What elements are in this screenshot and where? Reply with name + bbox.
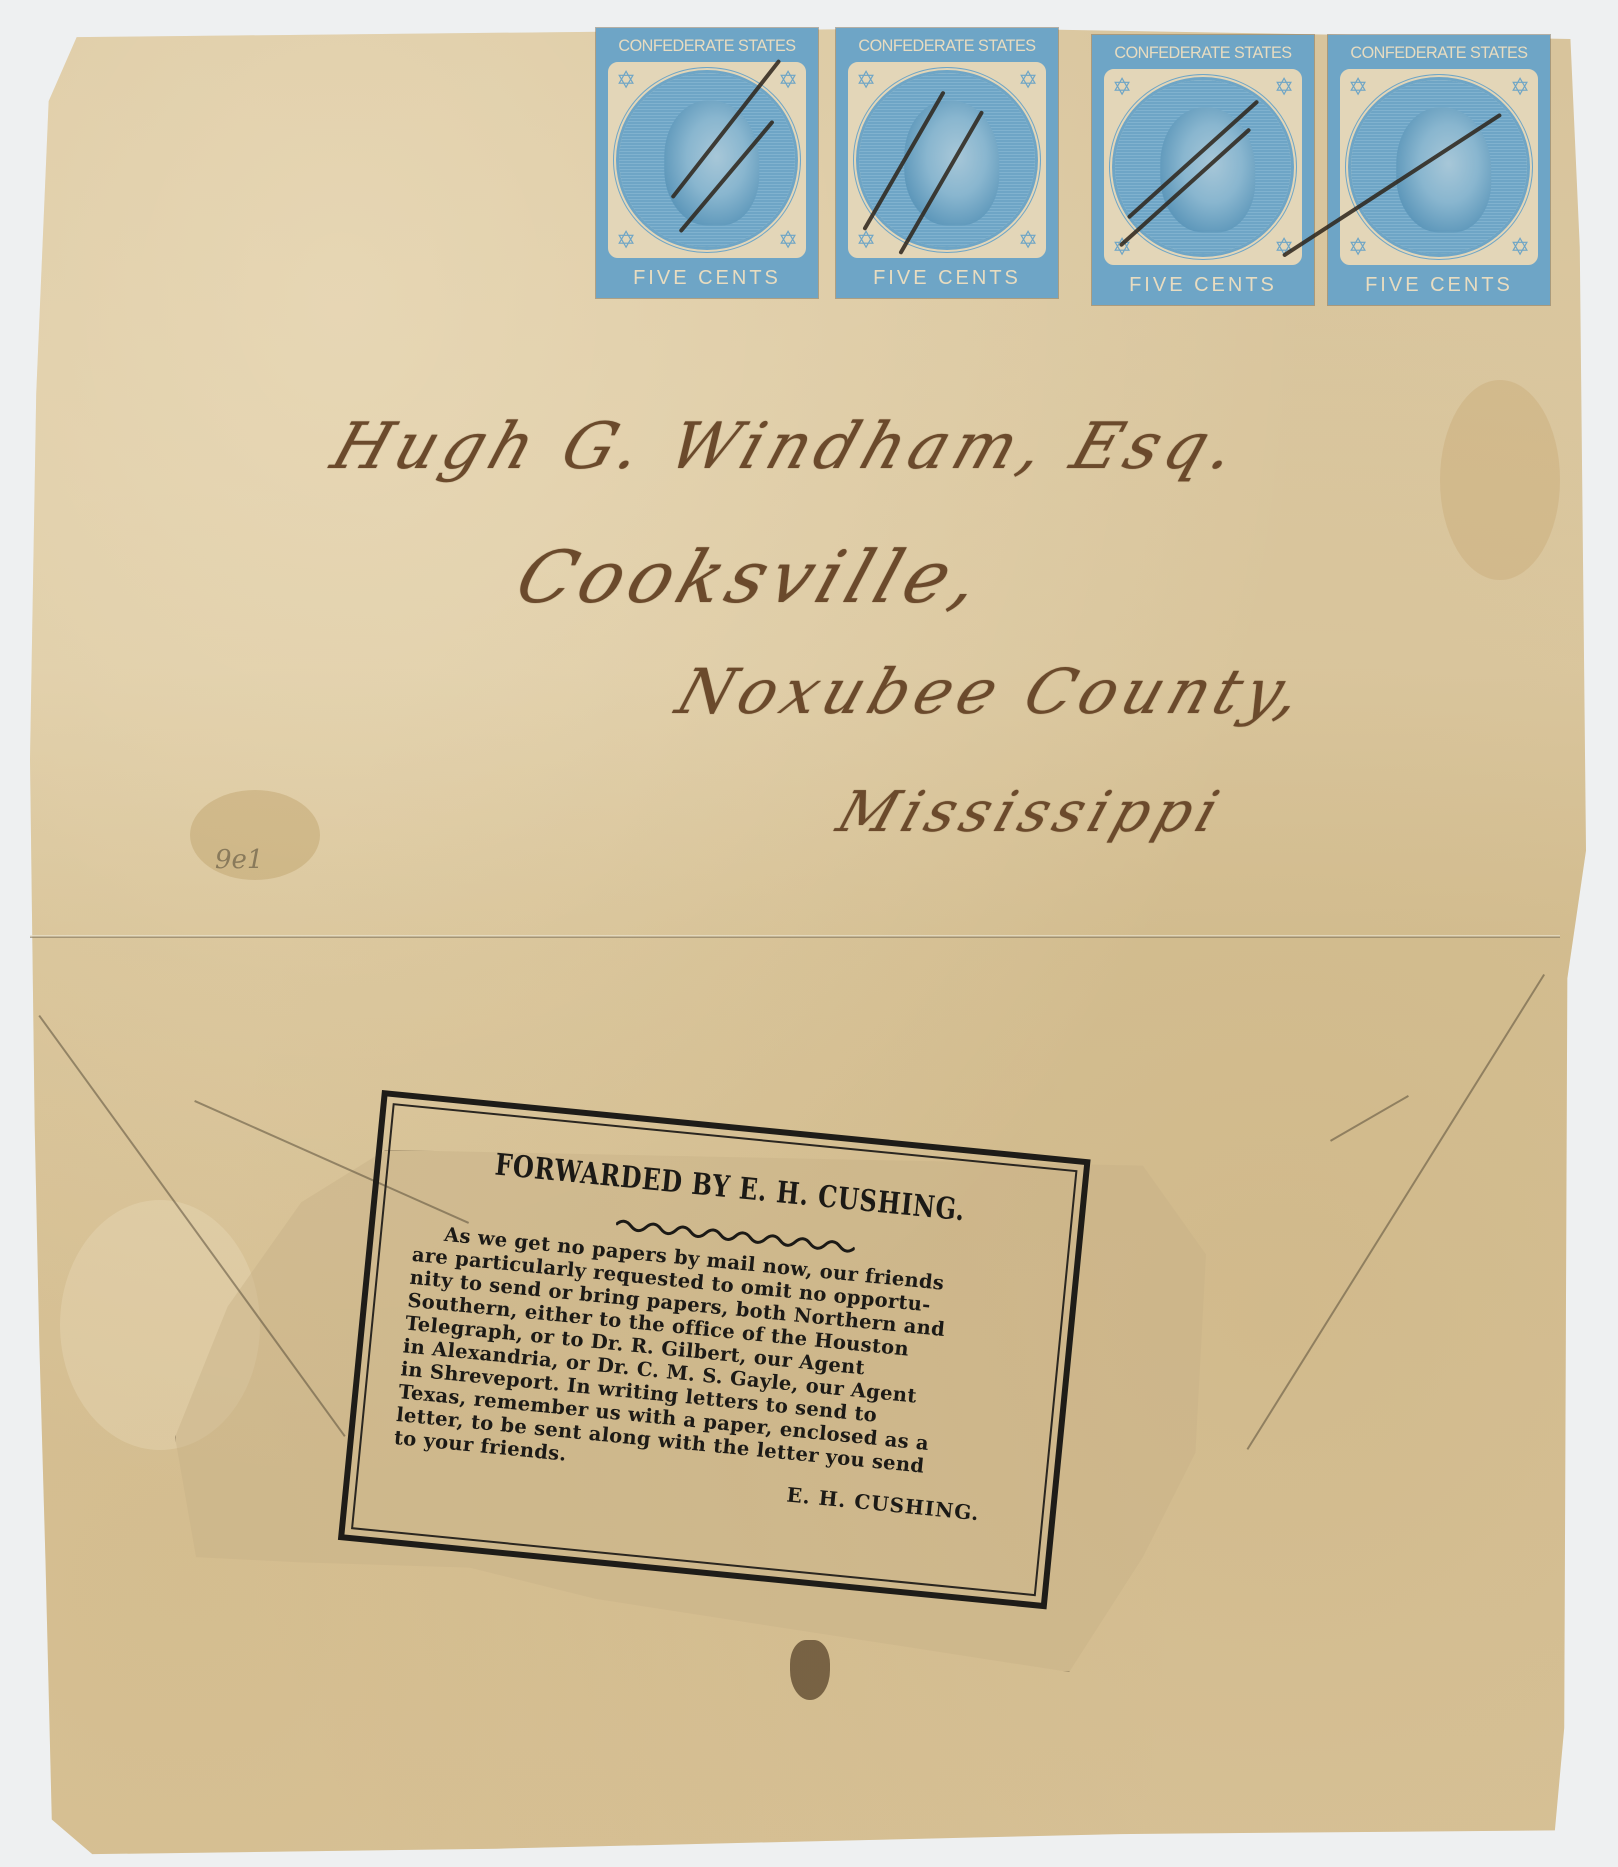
portrait <box>1160 108 1255 233</box>
stamp-top-text: CONFEDERATE STATES <box>1334 43 1545 63</box>
address-recipient: Hugh G. Windham, Esq. <box>323 410 1251 484</box>
label-body: As we get no papers by mail now, our fri… <box>393 1220 1028 1509</box>
label-title: FORWARDED BY E. H. CUSHING. <box>450 1143 1011 1232</box>
star-icon: ✡ <box>775 67 801 93</box>
star-icon: ✡ <box>1015 227 1041 253</box>
pencil-notation: 9e1 <box>215 845 263 875</box>
address-town: Cooksville, <box>506 535 997 619</box>
stamp-bottom-text: FIVE CENTS <box>836 267 1058 290</box>
stamp-frame: ✡ ✡ ✡ ✡ <box>608 62 806 258</box>
stamp-frame: ✡ ✡ ✡ ✡ <box>1340 69 1538 265</box>
stamp-oval <box>619 73 795 247</box>
stamp-4: CONFEDERATE STATES ✡ ✡ ✡ ✡ FIVE CENTS <box>1328 35 1550 305</box>
star-icon: ✡ <box>853 67 879 93</box>
star-icon: ✡ <box>1015 67 1041 93</box>
stain <box>1440 380 1560 580</box>
address-state: Mississippi <box>829 780 1232 845</box>
star-icon: ✡ <box>1109 74 1135 100</box>
stamp-bottom-text: FIVE CENTS <box>1328 274 1550 297</box>
stamp-oval <box>1351 80 1527 254</box>
star-icon: ✡ <box>1345 74 1371 100</box>
star-icon: ✡ <box>1345 234 1371 260</box>
stamp-top-text: CONFEDERATE STATES <box>602 36 813 56</box>
star-icon: ✡ <box>1507 74 1533 100</box>
stamp-oval <box>859 73 1035 247</box>
ink-drip <box>790 1640 830 1700</box>
stamp-bottom-text: FIVE CENTS <box>596 267 818 290</box>
star-icon: ✡ <box>775 227 801 253</box>
stamp-frame: ✡ ✡ ✡ ✡ <box>848 62 1046 258</box>
stamp-2: CONFEDERATE STATES ✡ ✡ ✡ ✡ FIVE CENTS <box>836 28 1058 298</box>
address-county: Noxubee County, <box>668 655 1317 728</box>
stamp-top-text: CONFEDERATE STATES <box>1098 43 1309 63</box>
star-icon: ✡ <box>1271 74 1297 100</box>
stamp-bottom-text: FIVE CENTS <box>1092 274 1314 297</box>
fold-line <box>30 935 1560 938</box>
forwarding-label: FORWARDED BY E. H. CUSHING. As we get no… <box>338 1090 1091 1609</box>
star-icon: ✡ <box>1507 234 1533 260</box>
stamp-top-text: CONFEDERATE STATES <box>842 36 1053 56</box>
star-icon: ✡ <box>853 227 879 253</box>
star-icon: ✡ <box>613 67 639 93</box>
portrait <box>664 101 759 226</box>
stamp-1: CONFEDERATE STATES ✡ ✡ ✡ ✡ FIVE CENTS <box>596 28 818 298</box>
star-icon: ✡ <box>613 227 639 253</box>
